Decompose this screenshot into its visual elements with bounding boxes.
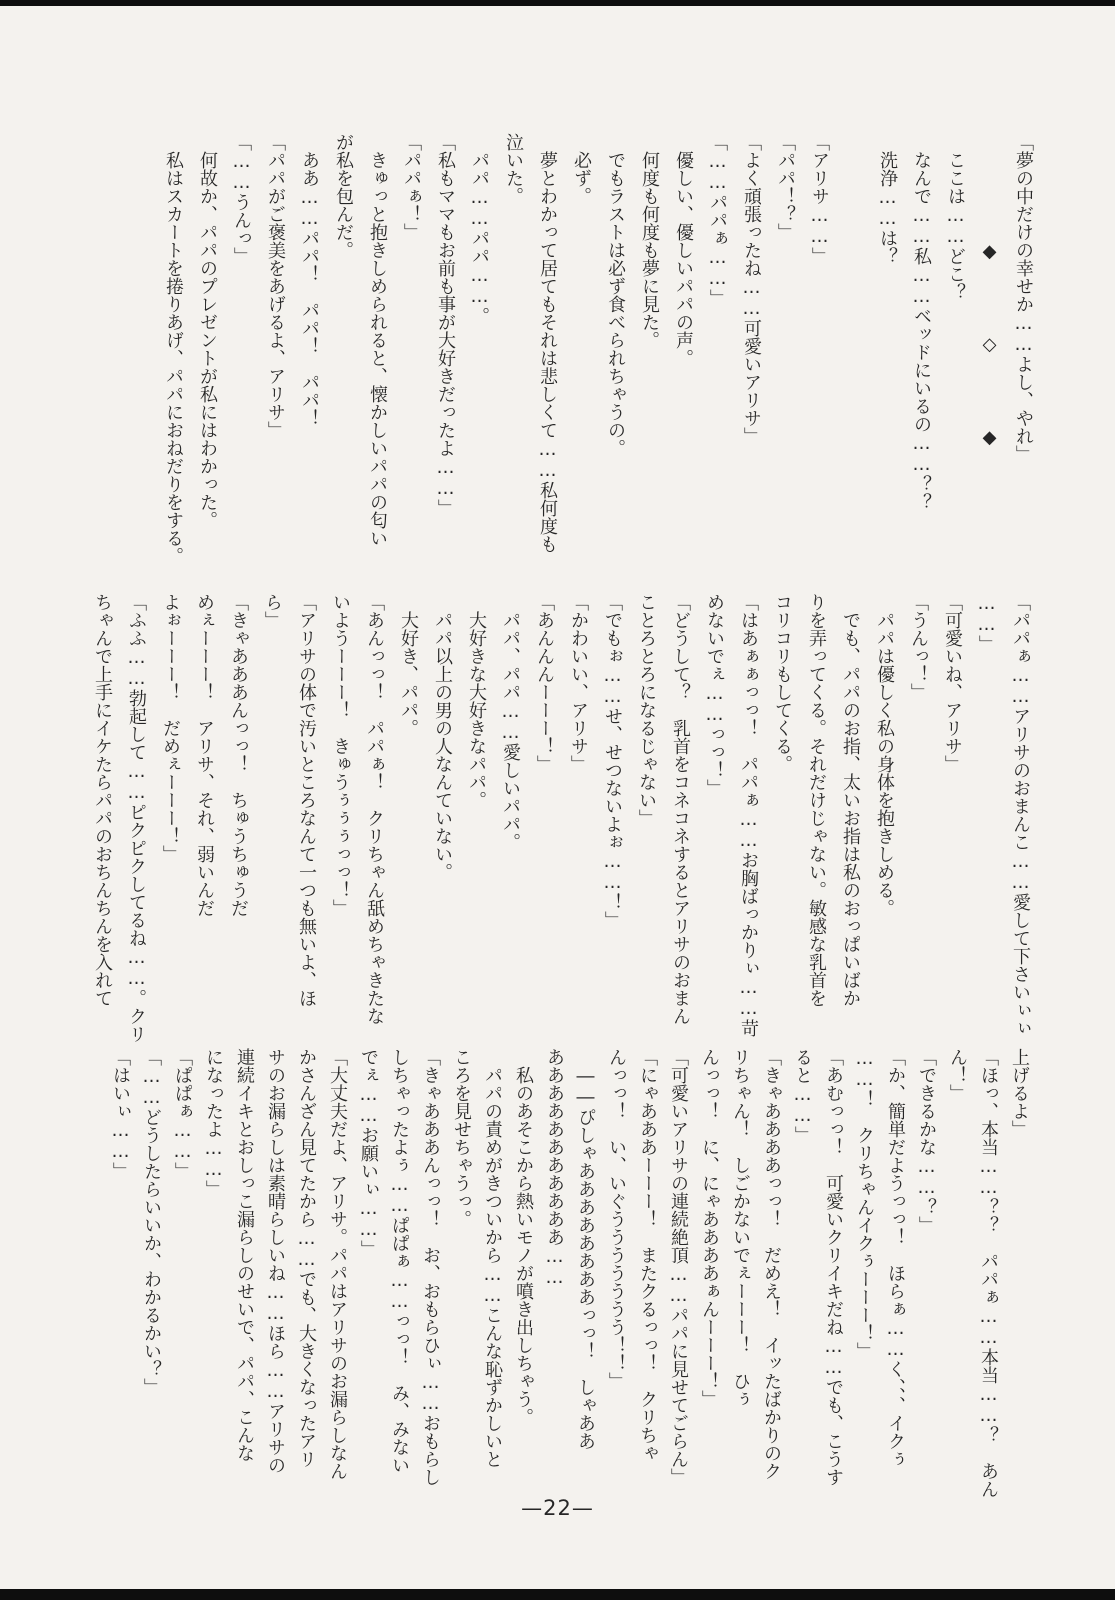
text-line: 「ほっ、本当……？？ パパぁ……本当……？ あん <box>973 1048 1004 1530</box>
text-line: 連続イキとおしっこ漏らしのせいで、パパ、こんな <box>229 1048 260 1530</box>
text-line: 洗浄……は？ <box>870 133 904 595</box>
text-line: ……！ クリちゃんイクぅーーー！」 <box>849 1048 880 1530</box>
text-line: あああああああああああ…… <box>539 1048 570 1530</box>
text-line: 「あんっっ！ パパぁ！ クリちゃん舐めちゃきたな <box>357 593 391 1055</box>
text-line: なんで……私……ベッドにいるの……？？ <box>904 133 938 595</box>
text-line: ああ……パパ！ パパ！ パパ！ <box>292 133 326 595</box>
text-block-top: 「夢の中だけの幸せか……よし、やれ」 ◆ ◇ ◆ ここは……どこ？ なんで……私… <box>156 133 1040 595</box>
text-line: 「私もママもお前も事が大好きだったよ……」 <box>428 133 462 595</box>
text-line: 何故か、パパのプレゼントが私にはわかった。 <box>190 133 224 595</box>
text-line: 「きゃあああんっっ！ ちゅうちゅうだ <box>221 593 255 1055</box>
text-line: んっっ！ に、にゃああああぁんーーー！」 <box>694 1048 725 1530</box>
text-line: 「……パパぁ……」 <box>700 133 734 595</box>
text-line: 大好き、パパ。 <box>391 593 425 1055</box>
text-line: が私を包んだ。 <box>326 133 360 595</box>
scan-edge-bar-top <box>0 0 1115 6</box>
text-line: 「パパぁ！」 <box>394 133 428 595</box>
text-line: ら」 <box>255 593 289 1055</box>
text-line: 「夢の中だけの幸せか……よし、やれ」 <box>1006 133 1040 595</box>
text-block-bottom: 上げるよ」「ほっ、本当……？？ パパぁ……本当……？ あんん！」「できるかな……… <box>105 1048 1035 1530</box>
text-line: パパ……パパ……。 <box>462 133 496 595</box>
text-line: 「可愛いね、アリサ」 <box>935 593 969 1055</box>
text-line: 「あんんんーーー！」 <box>527 593 561 1055</box>
text-line: パパ、パパ……愛しいパパ。 <box>493 593 527 1055</box>
text-line: 「アリサの体で汚いところなんて一つも無いよ、ほ <box>289 593 323 1055</box>
text-line: ――ぴしゃああああああああっっ！ しゃああ <box>570 1048 601 1530</box>
text-line: 「ぱぱぁ……」 <box>167 1048 198 1530</box>
text-line: でぇ……お願いぃ……」 <box>353 1048 384 1530</box>
text-line: ◆ ◇ ◆ <box>972 133 1006 595</box>
text-line: 「ふふ……勃起して……ピクピクしてるね……。クリ <box>119 593 153 1055</box>
text-line: 大好きな大好きなパパ。 <box>459 593 493 1055</box>
text-line: きゅっと抱きしめられると、懐かしいパパの匂い <box>360 133 394 595</box>
text-line: 「できるかな……？」 <box>911 1048 942 1530</box>
text-line: 「うんっ！」 <box>901 593 935 1055</box>
text-line: パパの責めがきついから……こんな恥ずかしいと <box>477 1048 508 1530</box>
text-line: リちゃん！ しごかないでぇーーー！ ひぅ <box>725 1048 756 1530</box>
text-line: 優しい、優しいパパの声。 <box>666 133 700 595</box>
text-line: りを弄ってくる。それだけじゃない。敏感な乳首を <box>799 593 833 1055</box>
text-line: しちゃったよぅ……ぱぱぁ……っっ！ み、みない <box>384 1048 415 1530</box>
text-line: 何度も何度も夢に見た。 <box>632 133 666 595</box>
text-line: よぉーーー！ だめぇーーー！」 <box>153 593 187 1055</box>
text-line: サのお漏らしは素晴らしいね……ほら……アリサの <box>260 1048 291 1530</box>
text-line: めぇーーー！ アリサ、それ、弱いんだ <box>187 593 221 1055</box>
text-line: 「きゃあああんっっ！ お、おもらひぃ……おもらし <box>415 1048 446 1530</box>
text-line: 「はあぁぁっっ！ パパぁ……お胸ばっかりぃ……苛 <box>731 593 765 1055</box>
text-line: パパ以上の男の人なんていない。 <box>425 593 459 1055</box>
scan-edge-bar-bottom <box>0 1589 1115 1600</box>
text-line: 「どうして？ 乳首をコネコネするとアリサのおまん <box>663 593 697 1055</box>
text-line: コリコリもしてくる。 <box>765 593 799 1055</box>
text-line: ……」 <box>969 593 1003 1055</box>
text-line: 「でもぉ……せ、せつないよぉ……！」 <box>595 593 629 1055</box>
text-line <box>836 133 870 595</box>
text-block-middle: 「パパぁ……アリサのおまんこ……愛して下さいぃぃ……」「可愛いね、アリサ」「うん… <box>85 593 1037 1055</box>
text-line: でも、パパのお指、太いお指は私のおっぱいばか <box>833 593 867 1055</box>
text-line: 上げるよ」 <box>1004 1048 1035 1530</box>
text-line: 必ず。 <box>564 133 598 595</box>
text-line: 「パパ！？」 <box>768 133 802 595</box>
text-line: んっっ！ い、いぐううううううう！！」 <box>601 1048 632 1530</box>
text-line: 泣いた。 <box>496 133 530 595</box>
text-line: 「パパぁ……アリサのおまんこ……愛して下さいぃぃ <box>1003 593 1037 1055</box>
text-line: 「……どうしたらいいか、わかるかい？」 <box>136 1048 167 1530</box>
text-line: かさんざん見てたから……でも、大きくなったアリ <box>291 1048 322 1530</box>
text-line: 私はスカートを捲りあげ、パパにおねだりをする。 <box>156 133 190 595</box>
scanned-novel-page: 「夢の中だけの幸せか……よし、やれ」 ◆ ◇ ◆ ここは……どこ？ なんで……私… <box>0 0 1115 1600</box>
text-line: めないでぇ……っっ！」 <box>697 593 731 1055</box>
text-line: になったよ……」 <box>198 1048 229 1530</box>
text-line: 「きゃああああっっ！ だめえ！ イッたばかりのク <box>756 1048 787 1530</box>
text-line: 夢とわかって居てもそれは悲しくて……私何度も <box>530 133 564 595</box>
text-line: パパは優しく私の身体を抱きしめる。 <box>867 593 901 1055</box>
text-line: 「かわいい、アリサ」 <box>561 593 595 1055</box>
text-line: 「よく頑張ったね……可愛いアリサ」 <box>734 133 768 595</box>
text-line: 「あむっっ！ 可愛いクリイキだね……でも、こうす <box>818 1048 849 1530</box>
text-line: ころを見せちゃうっ。 <box>446 1048 477 1530</box>
text-line: ん！」 <box>942 1048 973 1530</box>
text-line: ここは……どこ？ <box>938 133 972 595</box>
text-line: 「にゃあああーーー！ またクるっっ！ クリちゃ <box>632 1048 663 1530</box>
text-line: でもラストは必ず食べられちゃうの。 <box>598 133 632 595</box>
text-line: 「パパがご褒美をあげるよ、アリサ」 <box>258 133 292 595</box>
text-line: 「……うんっ」 <box>224 133 258 595</box>
text-line: ことろとろになるじゃない」 <box>629 593 663 1055</box>
text-line: ちゃんで上手にイケたらパパのおちんちんを入れて <box>85 593 119 1055</box>
text-line: 「可愛いアリサの連続絶頂……パパに見せてごらん」 <box>663 1048 694 1530</box>
text-line: いようーーー！ きゅうぅぅぅっっ！」 <box>323 593 357 1055</box>
text-line: 「か、簡単だようっっ！ ほらぁ……く、、、イクぅ <box>880 1048 911 1530</box>
page-number: —22— <box>0 1496 1115 1520</box>
text-line: 「大丈夫だよ、アリサ。パパはアリサのお漏らしなん <box>322 1048 353 1530</box>
text-line: 「はいぃ……」 <box>105 1048 136 1530</box>
text-line: ると……」 <box>787 1048 818 1530</box>
text-line: 「アリサ……」 <box>802 133 836 595</box>
text-line: 私のあそこから熱いモノが噴き出しちゃう。 <box>508 1048 539 1530</box>
